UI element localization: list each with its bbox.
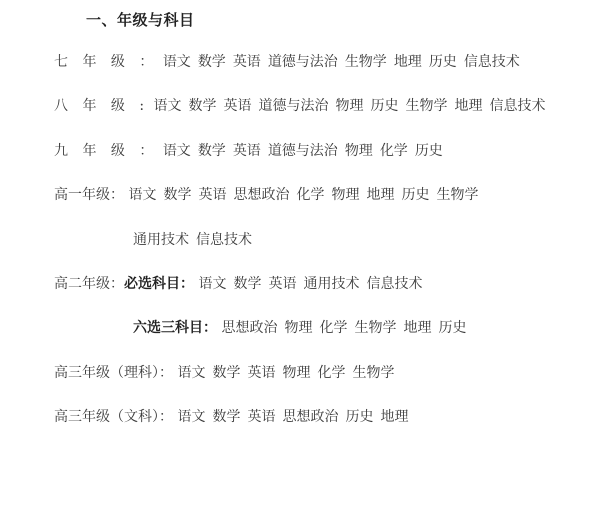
subject: 语文 <box>198 276 226 292</box>
subject: 化学 <box>317 365 345 381</box>
subject-list: 通用技术信息技术 <box>133 232 259 248</box>
subject: 语文 <box>128 187 156 203</box>
subject: 历史 <box>438 320 466 336</box>
subject: 语文 <box>177 365 205 381</box>
grade-row-8: 八 年 级 : 语文数学英语道德与法治物理历史生物学地理信息技术 <box>54 96 553 116</box>
subject: 历史 <box>401 187 429 203</box>
subject: 物理 <box>282 365 310 381</box>
subject: 地理 <box>403 320 431 336</box>
subject: 历史 <box>429 54 457 70</box>
subject: 英语 <box>224 98 252 114</box>
subject: 数学 <box>212 365 240 381</box>
grade-label: 高二年级： <box>54 274 124 294</box>
subject: 地理 <box>455 98 483 114</box>
subject: 语文 <box>177 409 205 425</box>
subject: 道德与法治 <box>268 54 338 70</box>
subject: 数学 <box>233 276 261 292</box>
subject: 思想政治 <box>282 409 338 425</box>
required-subjects-label: 必选科目： <box>124 276 194 292</box>
grade-row-10: 高一年级： 语文数学英语思想政治化学物理地理历史生物学 <box>54 185 485 205</box>
subject: 信息技术 <box>490 98 546 114</box>
subject: 数学 <box>189 98 217 114</box>
subject-list: 语文数学英语道德与法治物理历史生物学地理信息技术 <box>154 98 553 114</box>
subject: 语文 <box>163 54 191 70</box>
subject: 生物学 <box>352 365 394 381</box>
subject: 历史 <box>415 143 443 159</box>
subject: 数学 <box>163 187 191 203</box>
grade-row-7: 七 年 级 ： 语文数学英语道德与法治生物学地理历史信息技术 <box>54 52 527 72</box>
subject: 生物学 <box>345 54 387 70</box>
subject: 化学 <box>296 187 324 203</box>
subject: 英语 <box>198 187 226 203</box>
grade-label: 九 年 级 ： <box>54 141 158 161</box>
subject: 生物学 <box>436 187 478 203</box>
subject: 物理 <box>331 187 359 203</box>
elective-subjects-label: 六选三科目： <box>133 320 217 336</box>
subject: 地理 <box>366 187 394 203</box>
subject: 语文 <box>163 143 191 159</box>
subject: 化学 <box>319 320 347 336</box>
subject: 道德与法治 <box>268 143 338 159</box>
subject-list: 语文数学英语道德与法治生物学地理历史信息技术 <box>163 54 527 70</box>
grade-label: 高一年级： <box>54 185 124 205</box>
subject-list: 语文数学英语道德与法治物理化学历史 <box>163 143 450 159</box>
subject: 信息技术 <box>464 54 520 70</box>
subject: 数学 <box>212 409 240 425</box>
subject: 历史 <box>371 98 399 114</box>
grade-row-9: 九 年 级 ： 语文数学英语道德与法治物理化学历史 <box>54 141 450 161</box>
grade-label: 高三年级（文科）： <box>54 407 173 427</box>
subject: 英语 <box>268 276 296 292</box>
grade-row-12-arts: 高三年级（文科）： 语文数学英语思想政治历史地理 <box>54 407 415 427</box>
subject: 英语 <box>247 409 275 425</box>
subject: 英语 <box>233 143 261 159</box>
grade-row-11-elective: 六选三科目： 思想政治物理化学生物学地理历史 <box>133 318 473 338</box>
subject: 语文 <box>154 98 182 114</box>
subject: 思想政治 <box>221 320 277 336</box>
grade-row-11-required: 高二年级：必选科目： 语文数学英语通用技术信息技术 <box>54 274 429 294</box>
subject: 物理 <box>284 320 312 336</box>
subject-list: 语文数学英语物理化学生物学 <box>177 365 401 381</box>
subject: 地理 <box>380 409 408 425</box>
subject: 英语 <box>233 54 261 70</box>
subject: 信息技术 <box>196 232 252 248</box>
subject: 历史 <box>345 409 373 425</box>
subject: 数学 <box>198 54 226 70</box>
subject: 化学 <box>380 143 408 159</box>
document-page: 一、年级与科目 七 年 级 ： 语文数学英语道德与法治生物学地理历史信息技术 八… <box>0 0 594 531</box>
subject: 地理 <box>394 54 422 70</box>
grade-label: 八 年 级 : <box>54 96 149 116</box>
subject: 数学 <box>198 143 226 159</box>
subject: 道德与法治 <box>259 98 329 114</box>
subject: 信息技术 <box>366 276 422 292</box>
grade-row-12-science: 高三年级（理科）： 语文数学英语物理化学生物学 <box>54 363 401 383</box>
subject: 生物学 <box>406 98 448 114</box>
subject: 物理 <box>336 98 364 114</box>
grade-row-10-continued: 通用技术信息技术 <box>133 230 259 250</box>
subject: 通用技术 <box>303 276 359 292</box>
section-heading: 一、年级与科目 <box>86 9 195 30</box>
subject: 思想政治 <box>233 187 289 203</box>
grade-label: 高三年级（理科）： <box>54 363 173 383</box>
subject: 通用技术 <box>133 232 189 248</box>
grade-label: 七 年 级 ： <box>54 52 158 72</box>
subject-list: 语文数学英语通用技术信息技术 <box>198 276 429 292</box>
subject-list: 思想政治物理化学生物学地理历史 <box>221 320 473 336</box>
subject-list: 语文数学英语思想政治历史地理 <box>177 409 415 425</box>
subject: 物理 <box>345 143 373 159</box>
subject: 英语 <box>247 365 275 381</box>
subject-list: 语文数学英语思想政治化学物理地理历史生物学 <box>128 187 485 203</box>
subject: 生物学 <box>354 320 396 336</box>
